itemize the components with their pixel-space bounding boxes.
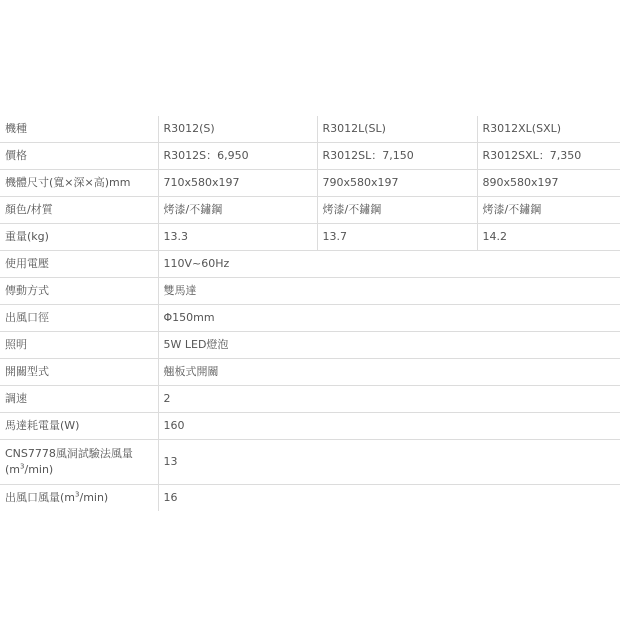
cell-value: 2 bbox=[158, 386, 620, 413]
table-row-model: 機種 R3012(S) R3012L(SL) R3012XL(SXL) bbox=[0, 116, 620, 143]
cell-value: 110V~60Hz bbox=[158, 251, 620, 278]
row-label: 價格 bbox=[0, 143, 158, 170]
row-label: CNS7778風洞試驗法風量 (m3/min) bbox=[0, 440, 158, 485]
cell-value: 14.2 bbox=[477, 224, 620, 251]
row-label: 顏色/材質 bbox=[0, 197, 158, 224]
cell-value: Φ150mm bbox=[158, 305, 620, 332]
table-row-voltage: 使用電壓 110V~60Hz bbox=[0, 251, 620, 278]
cell-value: R3012SL：7,150 bbox=[317, 143, 477, 170]
table-row-switch-type: 開關型式 翹板式開關 bbox=[0, 359, 620, 386]
cell-value: R3012(S) bbox=[158, 116, 317, 143]
cell-value: 710x580x197 bbox=[158, 170, 317, 197]
row-label: 出風口風量(m3/min) bbox=[0, 485, 158, 512]
row-label-line2: (m3/min) bbox=[5, 463, 53, 476]
cell-value: 160 bbox=[158, 413, 620, 440]
row-label: 傳動方式 bbox=[0, 278, 158, 305]
cell-value: 890x580x197 bbox=[477, 170, 620, 197]
table-row-dimensions: 機體尺寸(寬×深×高)mm 710x580x197 790x580x197 89… bbox=[0, 170, 620, 197]
table-row-motor-power: 馬達耗電量(W) 160 bbox=[0, 413, 620, 440]
cell-value: 烤漆/不鏽鋼 bbox=[317, 197, 477, 224]
cell-value: R3012L(SL) bbox=[317, 116, 477, 143]
cell-value: 5W LED燈泡 bbox=[158, 332, 620, 359]
table-row-color-material: 顏色/材質 烤漆/不鏽鋼 烤漆/不鏽鋼 烤漆/不鏽鋼 bbox=[0, 197, 620, 224]
table-row-speed: 調速 2 bbox=[0, 386, 620, 413]
table-row-outlet-diameter: 出風口徑 Φ150mm bbox=[0, 305, 620, 332]
cell-value: 13 bbox=[158, 440, 620, 485]
table-row-weight: 重量(kg) 13.3 13.7 14.2 bbox=[0, 224, 620, 251]
table-row-outlet-airflow: 出風口風量(m3/min) 16 bbox=[0, 485, 620, 512]
row-label: 出風口徑 bbox=[0, 305, 158, 332]
cell-value: 16 bbox=[158, 485, 620, 512]
row-label-line1: CNS7778風洞試驗法風量 bbox=[5, 447, 133, 460]
cell-value: 烤漆/不鏽鋼 bbox=[158, 197, 317, 224]
cell-value: 雙馬達 bbox=[158, 278, 620, 305]
table-row-cns-airflow: CNS7778風洞試驗法風量 (m3/min) 13 bbox=[0, 440, 620, 485]
row-label: 馬達耗電量(W) bbox=[0, 413, 158, 440]
label-text: (m bbox=[5, 463, 20, 476]
table-row-price: 價格 R3012S：6,950 R3012SL：7,150 R3012SXL：7… bbox=[0, 143, 620, 170]
row-label: 機種 bbox=[0, 116, 158, 143]
cell-value: 翹板式開關 bbox=[158, 359, 620, 386]
row-label: 照明 bbox=[0, 332, 158, 359]
table-row-lighting: 照明 5W LED燈泡 bbox=[0, 332, 620, 359]
table-row-drive: 傳動方式 雙馬達 bbox=[0, 278, 620, 305]
label-text: 出風口風量(m bbox=[5, 491, 75, 504]
row-label: 開關型式 bbox=[0, 359, 158, 386]
row-label: 機體尺寸(寬×深×高)mm bbox=[0, 170, 158, 197]
cell-value: 13.7 bbox=[317, 224, 477, 251]
row-label: 使用電壓 bbox=[0, 251, 158, 278]
label-text: /min) bbox=[79, 491, 108, 504]
cell-value: 13.3 bbox=[158, 224, 317, 251]
cell-value: R3012S：6,950 bbox=[158, 143, 317, 170]
cell-value: R3012SXL：7,350 bbox=[477, 143, 620, 170]
cell-value: 790x580x197 bbox=[317, 170, 477, 197]
label-text: /min) bbox=[24, 463, 53, 476]
row-label: 調速 bbox=[0, 386, 158, 413]
spec-table: 機種 R3012(S) R3012L(SL) R3012XL(SXL) 價格 R… bbox=[0, 116, 620, 511]
cell-value: R3012XL(SXL) bbox=[477, 116, 620, 143]
row-label: 重量(kg) bbox=[0, 224, 158, 251]
cell-value: 烤漆/不鏽鋼 bbox=[477, 197, 620, 224]
